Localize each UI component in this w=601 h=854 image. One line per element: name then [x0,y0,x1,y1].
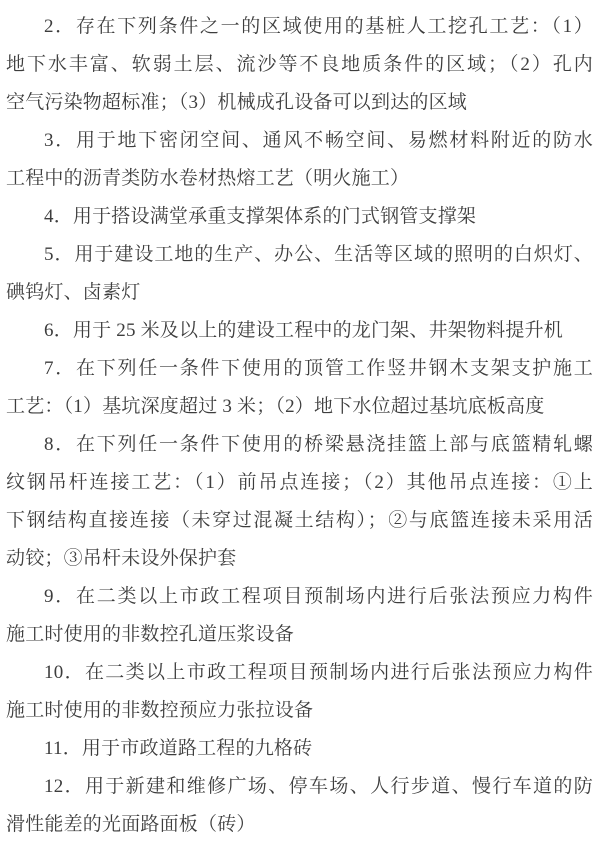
text-line: 施工时使用的非数控孔道压浆设备 [6,616,593,654]
text-line: 7．在下列任一条件下使用的顶管工作竖井钢木支架支护施工 [6,350,593,388]
text-line: 工艺：（1）基坑深度超过 3 米；（2）地下水位超过基坑底板高度 [6,388,593,426]
text-line: 4．用于搭设满堂承重支撑架体系的门式钢管支撑架 [6,198,593,236]
text-line: 空气污染物超标准；（3）机械成孔设备可以到达的区域 [6,84,593,122]
text-line: 动铰；③吊杆未设外保护套 [6,540,593,578]
list-item-7: 7．在下列任一条件下使用的顶管工作竖井钢木支架支护施工 工艺：（1）基坑深度超过… [6,350,593,426]
text-line: 2．存在下列条件之一的区域使用的基桩人工挖孔工艺：（1） [6,8,593,46]
text-line: 10．在二类以上市政工程项目预制场内进行后张法预应力构件 [6,654,593,692]
list-item-4: 4．用于搭设满堂承重支撑架体系的门式钢管支撑架 [6,198,593,236]
text-line: 8．在下列任一条件下使用的桥梁悬浇挂篮上部与底篮精轧螺 [6,426,593,464]
text-line: 11．用于市政道路工程的九格砖 [6,730,593,768]
text-line: 工程中的沥青类防水卷材热熔工艺（明火施工） [6,160,593,198]
list-item-10: 10．在二类以上市政工程项目预制场内进行后张法预应力构件 施工时使用的非数控预应… [6,654,593,730]
list-item-2: 2．存在下列条件之一的区域使用的基桩人工挖孔工艺：（1） 地下水丰富、软弱土层、… [6,8,593,122]
text-line: 12．用于新建和维修广场、停车场、人行步道、慢行车道的防 [6,768,593,806]
text-line: 5．用于建设工地的生产、办公、生活等区域的照明的白炽灯、 [6,236,593,274]
text-line: 滑性能差的光面路面板（砖） [6,806,593,844]
list-item-3: 3．用于地下密闭空间、通风不畅空间、易燃材料附近的防水 工程中的沥青类防水卷材热… [6,122,593,198]
text-line: 6．用于 25 米及以上的建设工程中的龙门架、井架物料提升机 [6,312,593,350]
text-line: 纹钢吊杆连接工艺：（1）前吊点连接；（2）其他吊点连接：①上 [6,464,593,502]
list-item-6: 6．用于 25 米及以上的建设工程中的龙门架、井架物料提升机 [6,312,593,350]
list-item-5: 5．用于建设工地的生产、办公、生活等区域的照明的白炽灯、 碘钨灯、卤素灯 [6,236,593,312]
text-line: 碘钨灯、卤素灯 [6,274,593,312]
text-line: 施工时使用的非数控预应力张拉设备 [6,692,593,730]
list-item-11: 11．用于市政道路工程的九格砖 [6,730,593,768]
list-item-8: 8．在下列任一条件下使用的桥梁悬浇挂篮上部与底篮精轧螺 纹钢吊杆连接工艺：（1）… [6,426,593,578]
text-line: 3．用于地下密闭空间、通风不畅空间、易燃材料附近的防水 [6,122,593,160]
document-page: 2．存在下列条件之一的区域使用的基桩人工挖孔工艺：（1） 地下水丰富、软弱土层、… [0,0,601,854]
text-line: 9．在二类以上市政工程项目预制场内进行后张法预应力构件 [6,578,593,616]
list-item-12: 12．用于新建和维修广场、停车场、人行步道、慢行车道的防 滑性能差的光面路面板（… [6,768,593,844]
text-line: 下钢结构直接连接（未穿过混凝土结构）；②与底篮连接未采用活 [6,502,593,540]
text-line: 地下水丰富、软弱土层、流沙等不良地质条件的区域；（2）孔内 [6,46,593,84]
list-item-9: 9．在二类以上市政工程项目预制场内进行后张法预应力构件 施工时使用的非数控孔道压… [6,578,593,654]
